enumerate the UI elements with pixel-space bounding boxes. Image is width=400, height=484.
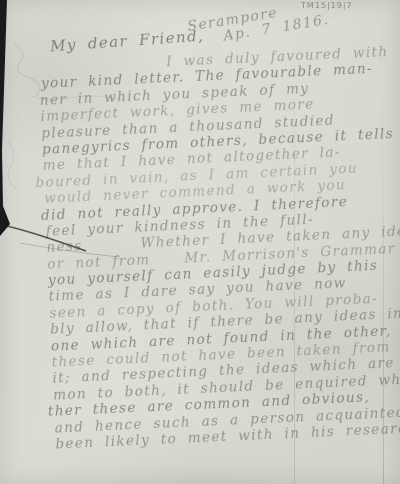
bleedthrough-stroke-icon [8, 140, 18, 190]
salutation: My dear Friend, [50, 27, 205, 56]
bleedthrough-stroke-icon [14, 44, 40, 96]
scan-background: TM15|19|7 Serampore Ap. 7 1816. My dear … [0, 0, 400, 484]
dateline: Serampore Ap. 7 1816. [186, 0, 330, 50]
letter-page: TM15|19|7 Serampore Ap. 7 1816. My dear … [0, 0, 400, 484]
tear-notch-icon [4, 224, 8, 228]
letter-body: I was duly favoured with your kind lette… [38, 44, 400, 453]
letter-line-text: ness [46, 238, 83, 256]
